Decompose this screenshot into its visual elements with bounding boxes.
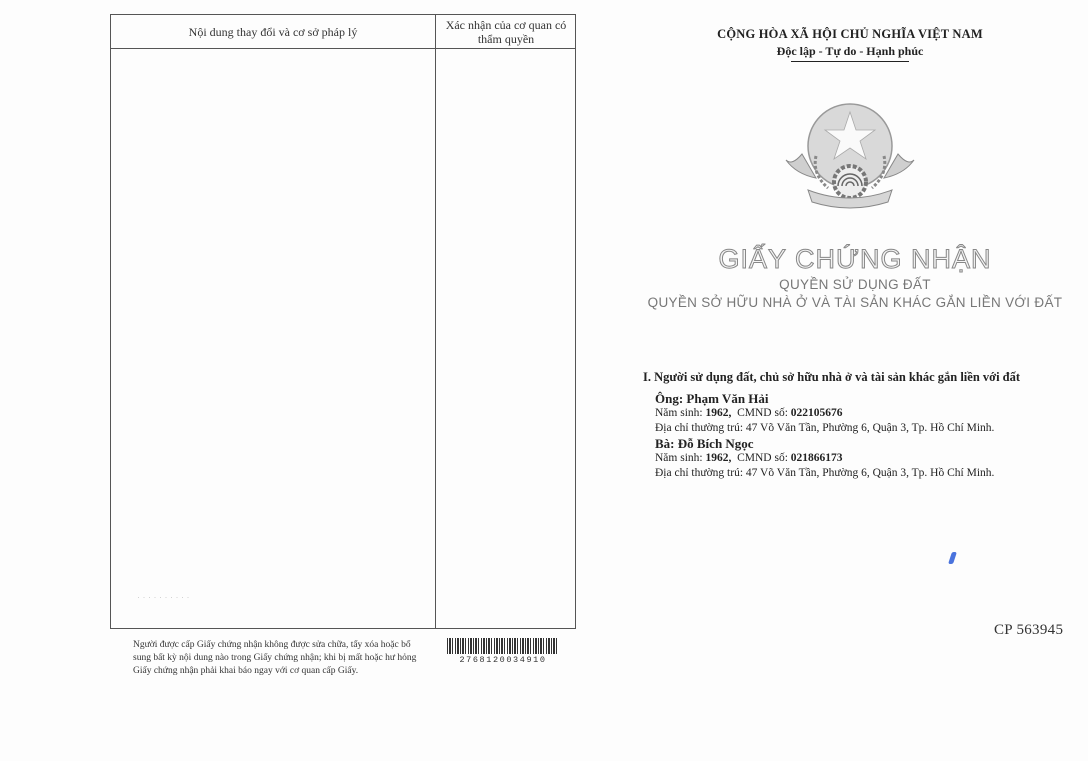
changes-table: Nội dung thay đổi và cơ sở pháp lý Xác n…: [110, 14, 576, 629]
certificate-title: GIẤY CHỨNG NHẬN: [640, 244, 1070, 275]
nation-title: CỘNG HÒA XÃ HỘI CHỦ NGHĨA VIỆT NAM: [700, 27, 1000, 42]
warning-notice: Người được cấp Giấy chứng nhận không đượ…: [133, 639, 418, 678]
address-value: 47 Võ Văn Tần, Phường 6, Quận 3, Tp. Hồ …: [746, 467, 995, 479]
owner-entry: Ông: Phạm Văn Hải Năm sinh: 1962, CMND s…: [655, 391, 1063, 436]
national-emblem-icon: [782, 94, 918, 212]
id-label: CMND số:: [737, 452, 788, 464]
certificate-spread: Nội dung thay đổi và cơ sở pháp lý Xác n…: [0, 0, 1088, 761]
birth-year: 1962,: [705, 407, 731, 419]
owner-name: Ông: Phạm Văn Hải: [655, 391, 1063, 406]
ink-mark: [948, 552, 957, 564]
section-heading: I. Người sử dụng đất, chủ sở hữu nhà ở v…: [643, 370, 1063, 385]
certificate-subtitle-ownership: QUYỀN SỞ HỮU NHÀ Ở VÀ TÀI SẢN KHÁC GẮN L…: [640, 295, 1070, 310]
barcode-number: 2768120034910: [447, 655, 559, 665]
national-header: CỘNG HÒA XÃ HỘI CHỦ NGHĨA VIỆT NAM Độc l…: [700, 27, 1000, 62]
barcode-icon: [447, 638, 559, 654]
barcode: 2768120034910: [447, 638, 559, 665]
header-divider: [111, 48, 575, 49]
owner-entry: Bà: Đỗ Bích Ngọc Năm sinh: 1962, CMND số…: [655, 436, 1063, 481]
id-number: 022105676: [791, 407, 843, 419]
owner-birth-id: Năm sinh: 1962, CMND số: 021866173: [655, 451, 1063, 466]
owner-name: Bà: Đỗ Bích Ngọc: [655, 436, 1063, 451]
birth-label: Năm sinh:: [655, 407, 703, 419]
address-value: 47 Võ Văn Tần, Phường 6, Quận 3, Tp. Hồ …: [746, 422, 995, 434]
address-label: Địa chỉ thường trú:: [655, 422, 743, 434]
nation-motto: Độc lập - Tự do - Hạnh phúc: [700, 44, 1000, 59]
birth-year: 1962,: [705, 452, 731, 464]
address-label: Địa chỉ thường trú:: [655, 467, 743, 479]
id-number: 021866173: [791, 452, 843, 464]
birth-label: Năm sinh:: [655, 452, 703, 464]
serial-number: CP 563945: [994, 622, 1063, 639]
column-divider: [435, 15, 436, 628]
owners-section: I. Người sử dụng đất, chủ sở hữu nhà ở v…: [643, 370, 1063, 481]
faint-watermark-text: · · · · · · · · · ·: [137, 592, 189, 602]
header-changes-content: Nội dung thay đổi và cơ sở pháp lý: [111, 15, 435, 48]
certificate-title-block: GIẤY CHỨNG NHẬN QUYỀN SỬ DỤNG ĐẤT QUYỀN …: [640, 244, 1070, 310]
owner-address: Địa chỉ thường trú: 47 Võ Văn Tần, Phườn…: [655, 466, 1063, 481]
id-label: CMND số:: [737, 407, 788, 419]
motto-underline: [791, 61, 909, 62]
owner-birth-id: Năm sinh: 1962, CMND số: 022105676: [655, 406, 1063, 421]
certificate-subtitle-land-use: QUYỀN SỬ DỤNG ĐẤT: [640, 277, 1070, 292]
header-authority-confirmation: Xác nhận của cơ quan có thẩm quyền: [436, 15, 576, 48]
owner-address: Địa chỉ thường trú: 47 Võ Văn Tần, Phườn…: [655, 421, 1063, 436]
